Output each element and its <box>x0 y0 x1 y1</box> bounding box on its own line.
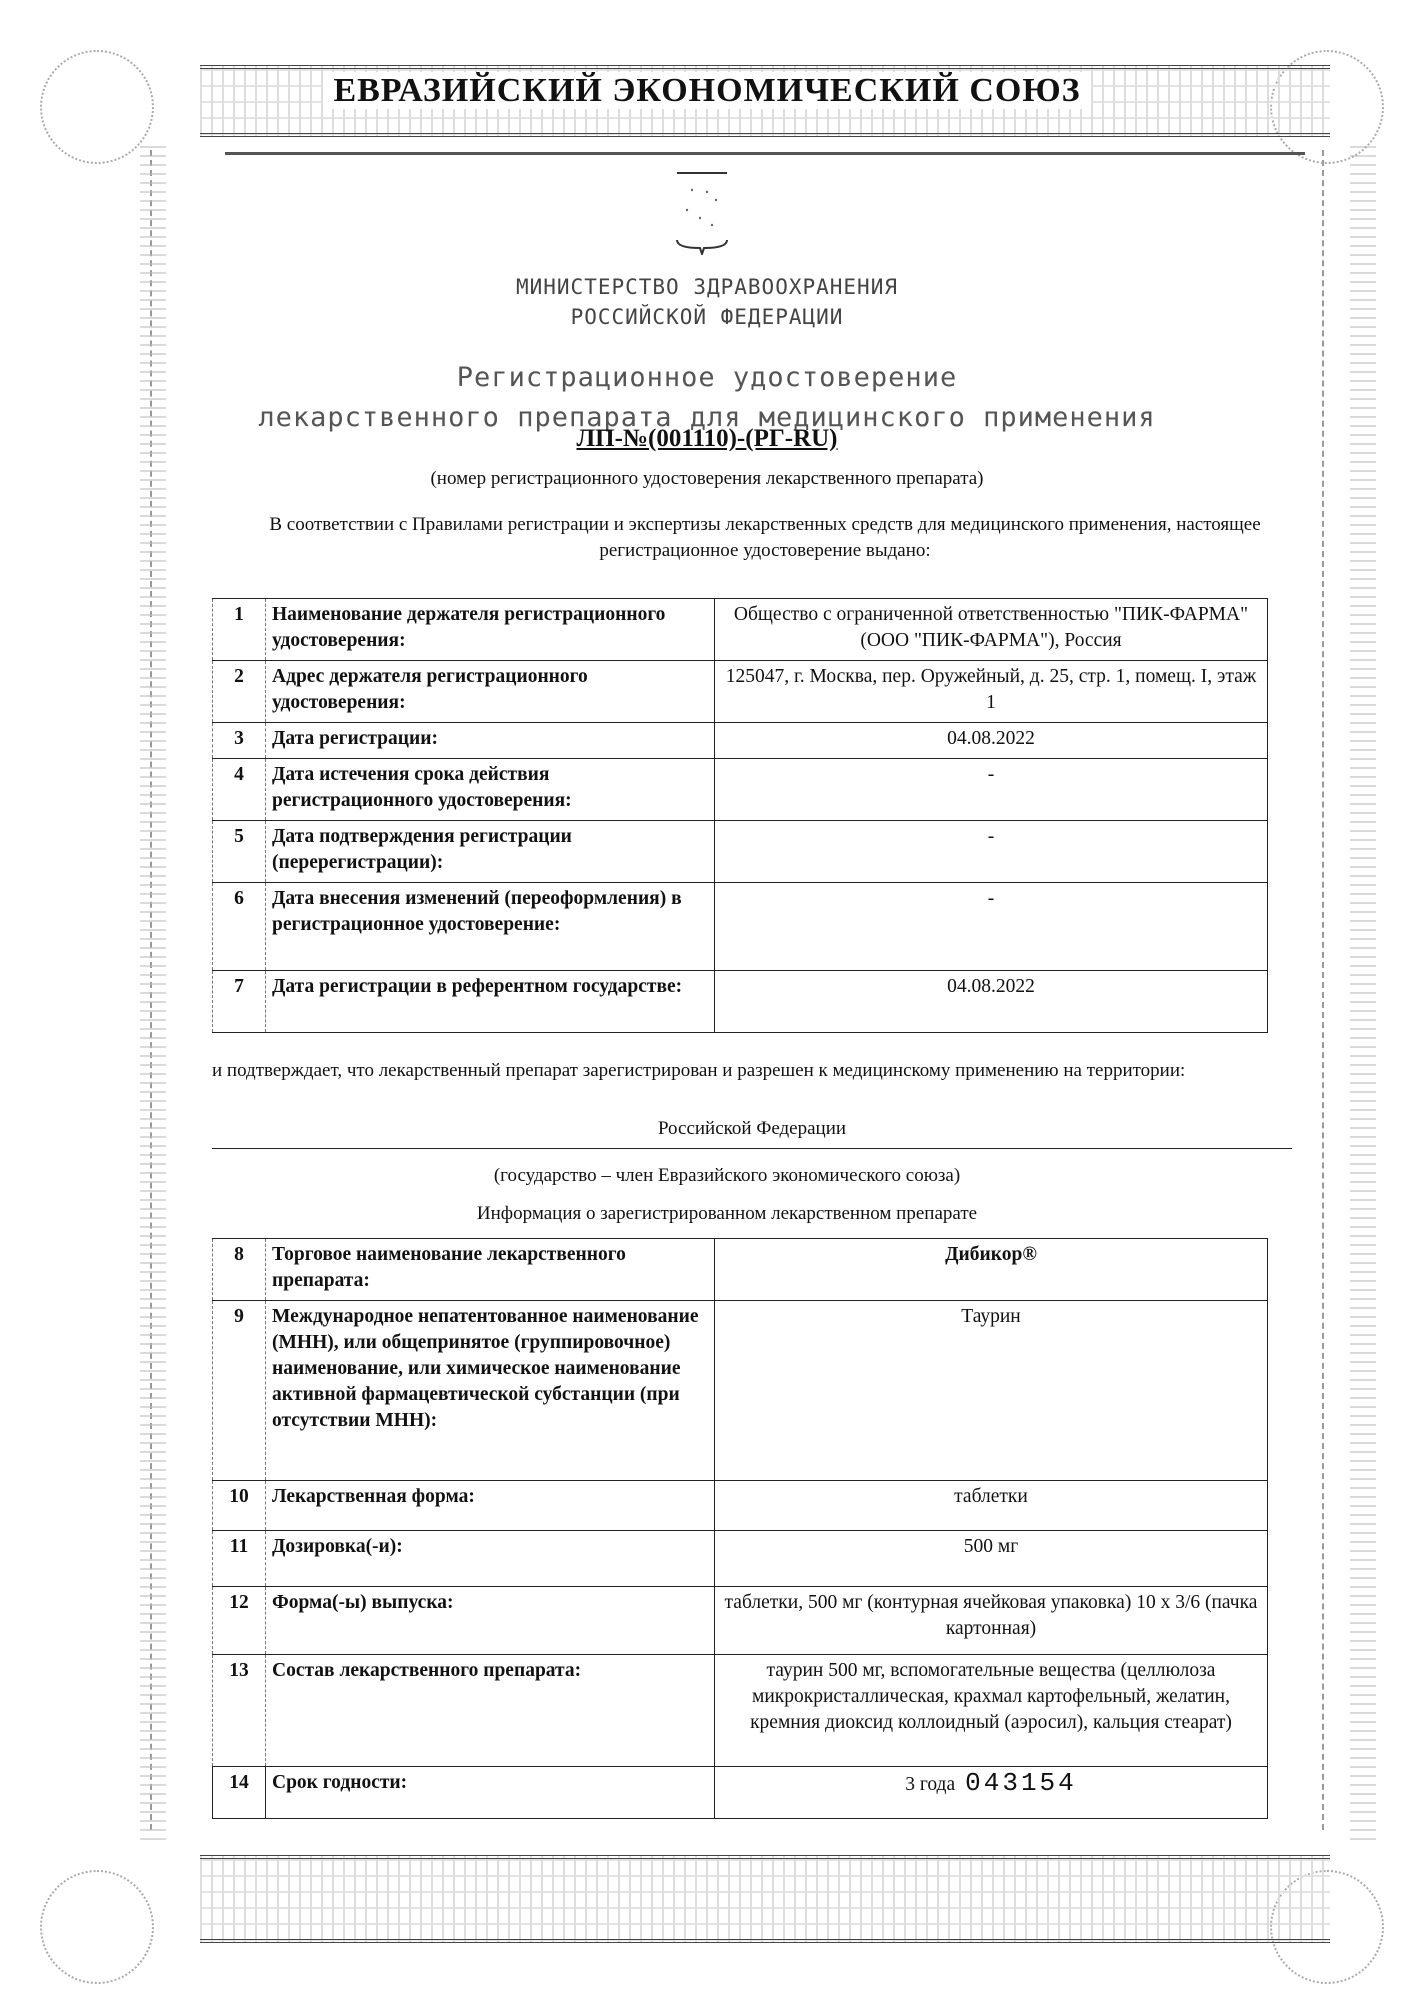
table-row: 7 Дата регистрации в референтном государ… <box>213 971 1268 1033</box>
divider <box>225 152 1305 155</box>
registration-number-caption: (номер регистрационного удостоверения ле… <box>0 468 1414 490</box>
row-label: Дозировка(-и): <box>266 1531 715 1587</box>
table-row: 12 Форма(-ы) выпуска: таблетки, 500 мг (… <box>213 1587 1268 1655</box>
drug-info-table: 8 Торговое наименование лекарственного п… <box>212 1238 1268 1819</box>
table-row: 5 Дата подтверждения регистрации (перере… <box>213 821 1268 883</box>
table-row: 6 Дата внесения изменений (переоформлени… <box>213 883 1268 971</box>
row-number: 4 <box>213 759 266 821</box>
shelf-life-text: 3 года <box>905 1774 955 1795</box>
table-row: 4 Дата истечения срока действия регистра… <box>213 759 1268 821</box>
row-number: 8 <box>213 1239 266 1301</box>
row-number: 5 <box>213 821 266 883</box>
shelf-life-value: 3 года043154 <box>715 1767 1268 1819</box>
row-value: 125047, г. Москва, пер. Оружейный, д. 25… <box>715 661 1268 723</box>
row-label: Лекарственная форма: <box>266 1481 715 1531</box>
row-label: Дата регистрации в референтном государст… <box>266 971 715 1033</box>
certificate-title-line-1: Регистрационное удостоверение <box>0 358 1414 398</box>
release-form-value: таблетки, 500 мг (контурная ячейковая уп… <box>715 1587 1268 1655</box>
registration-number: ЛП-№(001110)-(РГ-RU) <box>0 425 1414 453</box>
row-value: - <box>715 883 1268 971</box>
form-serial-number: 043154 <box>965 1768 1077 1798</box>
country-caption: (государство – член Евразийского экономи… <box>0 1165 1414 1187</box>
inn-value: Таурин <box>715 1301 1268 1481</box>
confirmation-text: и подтверждает, что лекарственный препар… <box>212 1058 1292 1084</box>
ministry-line-1: МИНИСТЕРСТВО ЗДРАВООХРАНЕНИЯ <box>0 272 1414 302</box>
row-number: 1 <box>213 599 266 661</box>
row-label: Дата подтверждения регистрации (перереги… <box>266 821 715 883</box>
row-number: 6 <box>213 883 266 971</box>
table-row: 10 Лекарственная форма: таблетки <box>213 1481 1268 1531</box>
intro-text: В соответствии с Правилами регистрации и… <box>240 512 1290 564</box>
row-number: 11 <box>213 1531 266 1587</box>
row-number: 14 <box>213 1767 266 1819</box>
table-row: 2 Адрес держателя регистрационного удост… <box>213 661 1268 723</box>
table-row: 14 Срок годности: 3 года043154 <box>213 1767 1268 1819</box>
row-label: Международное непатентованное наименован… <box>266 1301 715 1481</box>
table-row: 9 Международное непатентованное наименов… <box>213 1301 1268 1481</box>
holder-info-table: 1 Наименование держателя регистрационног… <box>212 598 1268 1033</box>
row-label: Адрес держателя регистрационного удостов… <box>266 661 715 723</box>
ministry-name: МИНИСТЕРСТВО ЗДРАВООХРАНЕНИЯ РОССИЙСКОЙ … <box>0 272 1414 332</box>
row-number: 2 <box>213 661 266 723</box>
row-value: - <box>715 821 1268 883</box>
row-label: Состав лекарственного препарата: <box>266 1655 715 1767</box>
row-label: Дата регистрации: <box>266 723 715 759</box>
ministry-line-2: РОССИЙСКОЙ ФЕДЕРАЦИИ <box>0 302 1414 332</box>
row-number: 12 <box>213 1587 266 1655</box>
dosage-form-value: таблетки <box>715 1481 1268 1531</box>
table-row: 1 Наименование держателя регистрационног… <box>213 599 1268 661</box>
bottom-ornament-band <box>200 1855 1330 1943</box>
row-number: 7 <box>213 971 266 1033</box>
row-value: 04.08.2022 <box>715 723 1268 759</box>
row-number: 9 <box>213 1301 266 1481</box>
row-number: 13 <box>213 1655 266 1767</box>
drug-info-title: Информация о зарегистрированном лекарств… <box>0 1203 1414 1225</box>
row-label: Срок годности: <box>266 1767 715 1819</box>
table-row: 11 Дозировка(-и): 500 мг <box>213 1531 1268 1587</box>
row-value: - <box>715 759 1268 821</box>
row-number: 10 <box>213 1481 266 1531</box>
row-label: Форма(-ы) выпуска: <box>266 1587 715 1655</box>
composition-value: таурин 500 мг, вспомогательные вещества … <box>715 1655 1268 1767</box>
table-row: 3 Дата регистрации: 04.08.2022 <box>213 723 1268 759</box>
corner-rosette-icon <box>40 1870 154 1984</box>
row-value: Общество с ограниченной ответственностью… <box>715 599 1268 661</box>
row-value: 04.08.2022 <box>715 971 1268 1033</box>
table-row: 13 Состав лекарственного препарата: таур… <box>213 1655 1268 1767</box>
row-label: Дата истечения срока действия регистраци… <box>266 759 715 821</box>
row-label: Дата внесения изменений (переоформления)… <box>266 883 715 971</box>
trade-name-value: Дибикор® <box>715 1239 1268 1301</box>
country-name: Российской Федерации <box>212 1118 1292 1149</box>
table-row: 8 Торговое наименование лекарственного п… <box>213 1239 1268 1301</box>
row-label: Наименование держателя регистрационного … <box>266 599 715 661</box>
dosage-value: 500 мг <box>715 1531 1268 1587</box>
union-title: ЕВРАЗИЙСКИЙ ЭКОНОМИЧЕСКИЙ СОЮЗ <box>0 72 1414 110</box>
row-label: Торговое наименование лекарственного пре… <box>266 1239 715 1301</box>
row-number: 3 <box>213 723 266 759</box>
coat-of-arms-icon <box>672 170 732 255</box>
